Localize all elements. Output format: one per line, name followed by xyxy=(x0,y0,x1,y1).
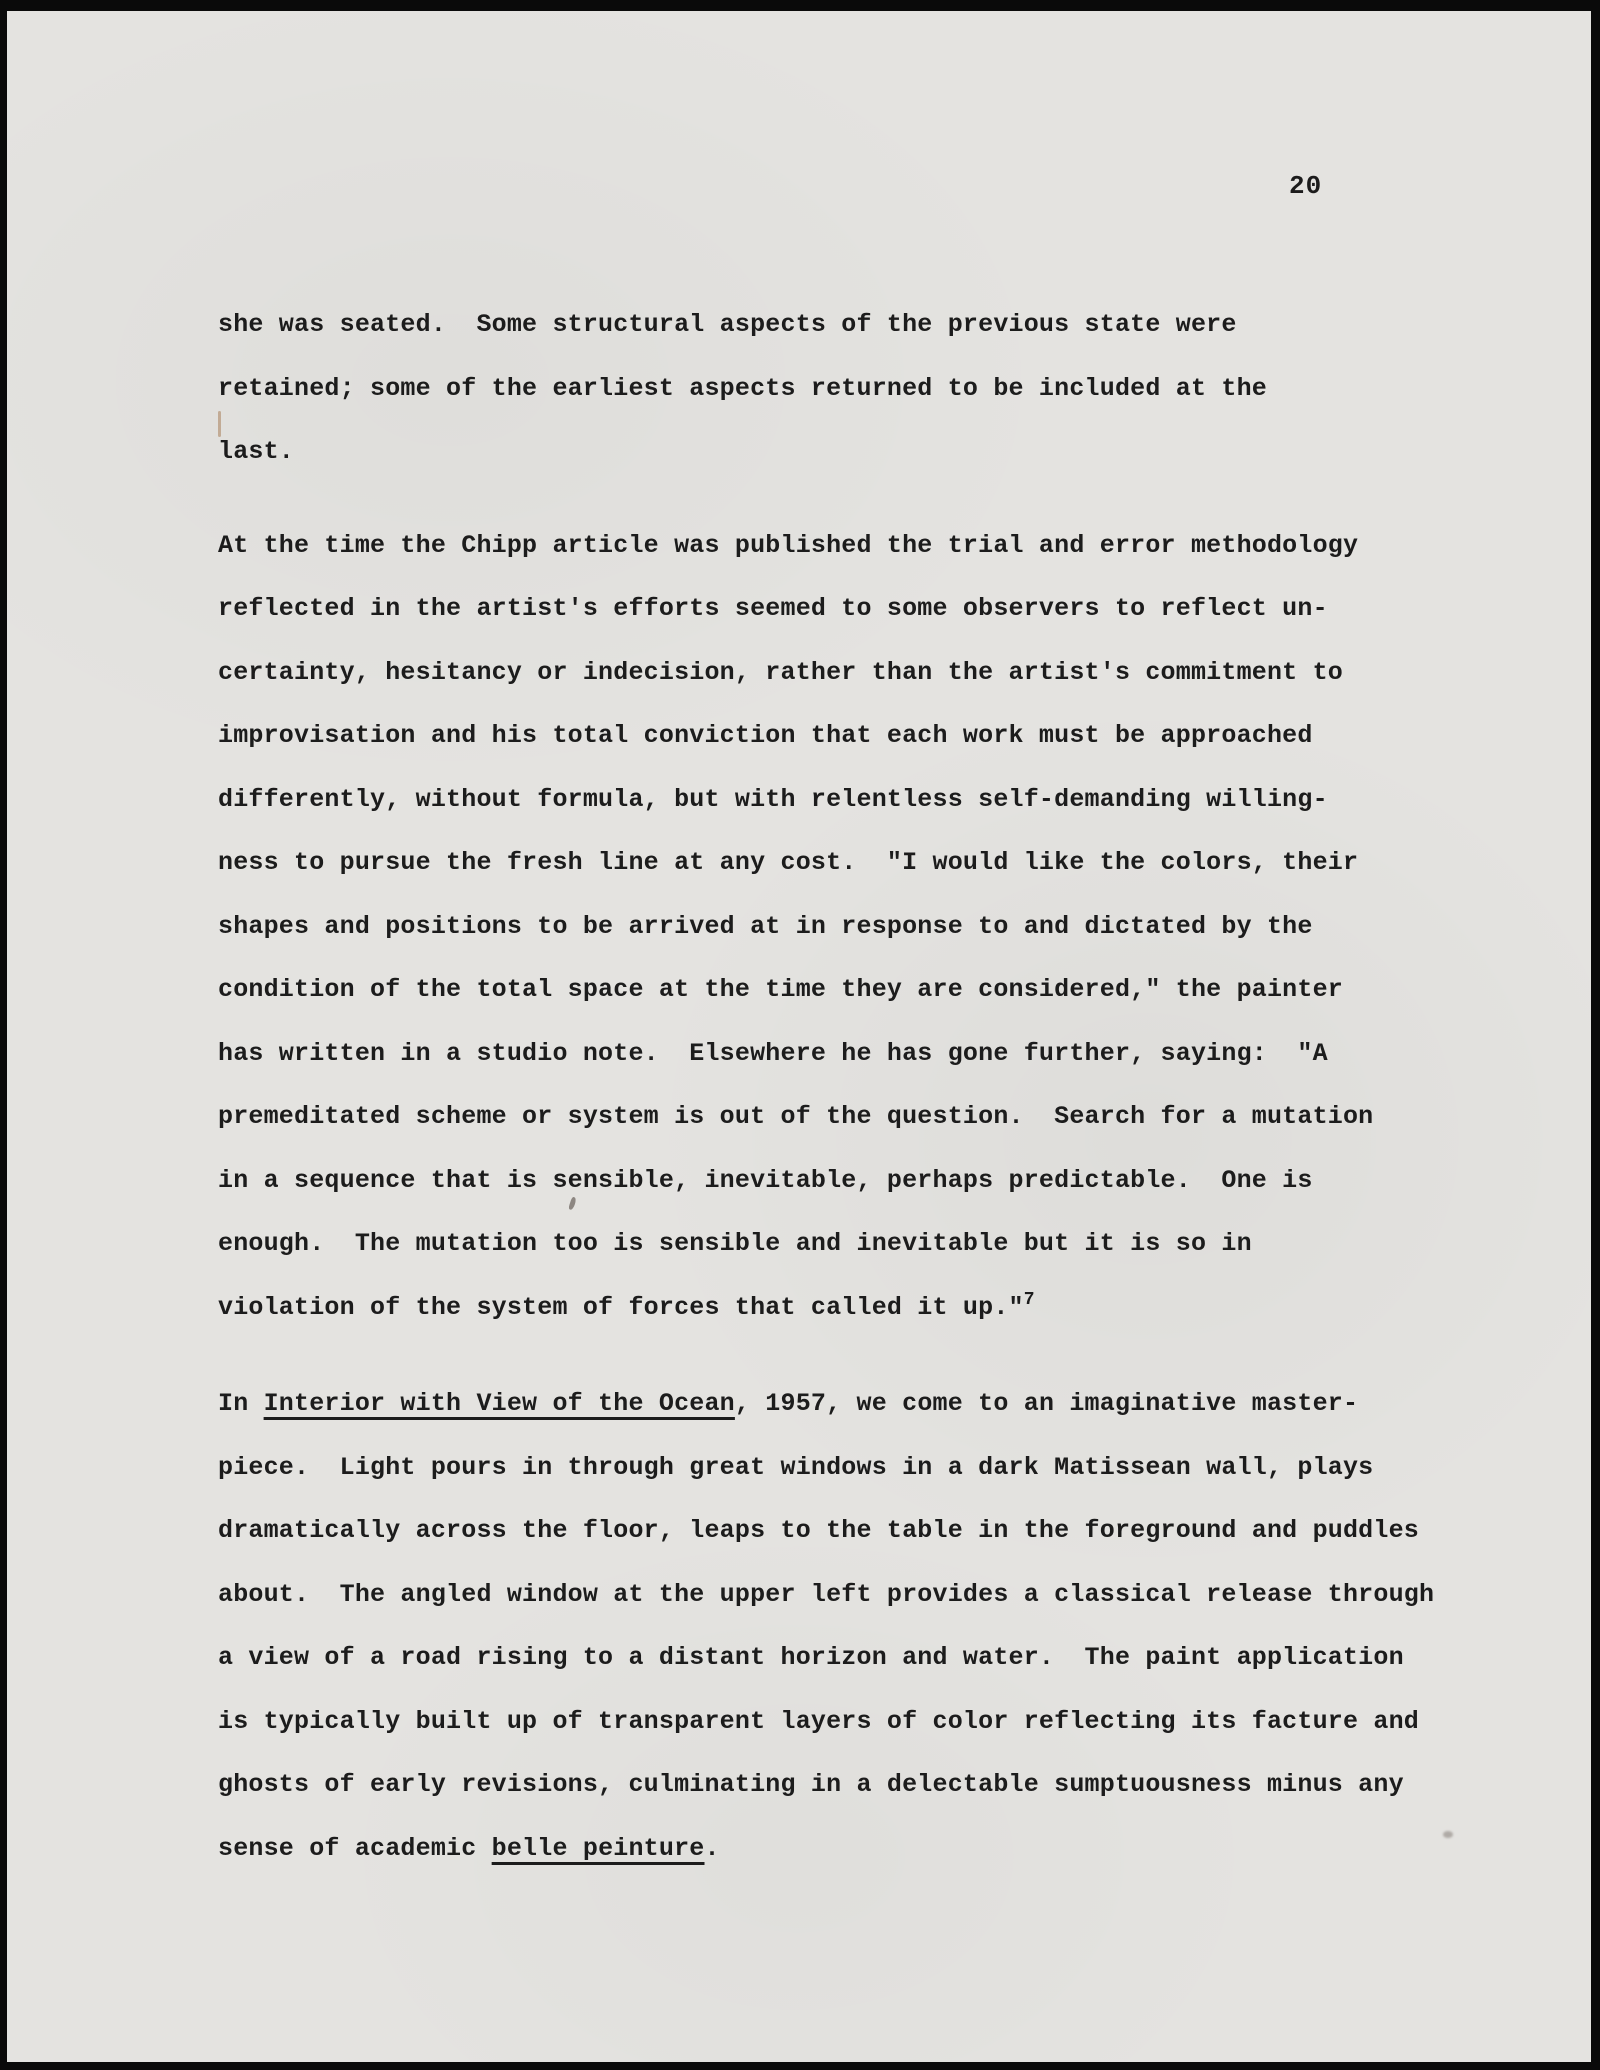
text-segment: ness to pursue the fresh line at any cos… xyxy=(218,848,1358,877)
text-line: improvisation and his total conviction t… xyxy=(218,704,1478,768)
text-segment: At the time the Chipp article was publis… xyxy=(218,531,1358,560)
stray-mark xyxy=(218,411,221,437)
text-segment: improvisation and his total conviction t… xyxy=(218,721,1313,750)
text-segment: violation of the system of forces that c… xyxy=(218,1293,1024,1322)
text-line: At the time the Chipp article was publis… xyxy=(218,514,1478,578)
text-segment: in a sequence that is sensible, inevitab… xyxy=(218,1166,1313,1195)
text-line: enough. The mutation too is sensible and… xyxy=(218,1212,1478,1276)
text-line: condition of the total space at the time… xyxy=(218,958,1478,1022)
text-segment: reflected in the artist's efforts seemed… xyxy=(218,594,1328,623)
text-segment: ghosts of early revisions, culminating i… xyxy=(218,1770,1404,1799)
text-segment: last. xyxy=(218,437,294,466)
text-segment: a view of a road rising to a distant hor… xyxy=(218,1643,1404,1672)
text-line: reflected in the artist's efforts seemed… xyxy=(218,577,1478,641)
text-segment: enough. The mutation too is sensible and… xyxy=(218,1229,1252,1258)
text-line: about. The angled window at the upper le… xyxy=(218,1563,1478,1627)
text-segment: condition of the total space at the time… xyxy=(218,975,1343,1004)
underlined-title: belle peinture xyxy=(492,1834,705,1863)
text-line: piece. Light pours in through great wind… xyxy=(218,1436,1478,1500)
text-segment: , 1957, we come to an imaginative master… xyxy=(735,1389,1358,1418)
text-line: is typically built up of transparent lay… xyxy=(218,1690,1478,1754)
text-line: sense of academic belle peinture. xyxy=(218,1817,1478,1881)
text-line: ghosts of early revisions, culminating i… xyxy=(218,1753,1478,1817)
text-line: certainty, hesitancy or indecision, rath… xyxy=(218,641,1478,705)
text-segment: premeditated scheme or system is out of … xyxy=(218,1102,1373,1131)
paragraph: she was seated. Some structural aspects … xyxy=(218,293,1478,484)
text-line: In Interior with View of the Ocean, 1957… xyxy=(218,1372,1478,1436)
text-segment: is typically built up of transparent lay… xyxy=(218,1707,1419,1736)
text-segment: differently, without formula, but with r… xyxy=(218,785,1328,814)
paragraph: In Interior with View of the Ocean, 1957… xyxy=(218,1372,1478,1880)
text-line: she was seated. Some structural aspects … xyxy=(218,293,1478,357)
underlined-title: Interior with View of the Ocean xyxy=(264,1389,735,1418)
text-line: ness to pursue the fresh line at any cos… xyxy=(218,831,1478,895)
text-line: premeditated scheme or system is out of … xyxy=(218,1085,1478,1149)
text-segment: retained; some of the earliest aspects r… xyxy=(218,374,1267,403)
text-line: dramatically across the floor, leaps to … xyxy=(218,1499,1478,1563)
text-line: shapes and positions to be arrived at in… xyxy=(218,895,1478,959)
text-segment: has written in a studio note. Elsewhere … xyxy=(218,1039,1328,1068)
scanned-page: 20 she was seated. Some structural aspec… xyxy=(7,11,1591,2062)
text-line: retained; some of the earliest aspects r… xyxy=(218,357,1478,421)
text-line: last. xyxy=(218,420,1478,484)
text-line: a view of a road rising to a distant hor… xyxy=(218,1626,1478,1690)
text-block: she was seated. Some structural aspects … xyxy=(218,293,1478,1910)
text-segment: In xyxy=(218,1389,264,1418)
text-line: violation of the system of forces that c… xyxy=(218,1276,1478,1343)
text-segment: sense of academic xyxy=(218,1834,492,1863)
text-segment: she was seated. Some structural aspects … xyxy=(218,310,1237,339)
paragraph: At the time the Chipp article was publis… xyxy=(218,514,1478,1343)
stray-mark xyxy=(1443,1831,1453,1838)
page-number: 20 xyxy=(1289,171,1322,201)
text-segment: piece. Light pours in through great wind… xyxy=(218,1453,1373,1482)
text-line: has written in a studio note. Elsewhere … xyxy=(218,1022,1478,1086)
text-segment: about. The angled window at the upper le… xyxy=(218,1580,1434,1609)
footnote-reference: 7 xyxy=(1024,1290,1035,1310)
text-segment: certainty, hesitancy or indecision, rath… xyxy=(218,658,1343,687)
text-line: in a sequence that is sensible, inevitab… xyxy=(218,1149,1478,1213)
text-line: differently, without formula, but with r… xyxy=(218,768,1478,832)
text-segment: dramatically across the floor, leaps to … xyxy=(218,1516,1419,1545)
text-segment: shapes and positions to be arrived at in… xyxy=(218,912,1313,941)
text-segment: . xyxy=(705,1834,720,1863)
